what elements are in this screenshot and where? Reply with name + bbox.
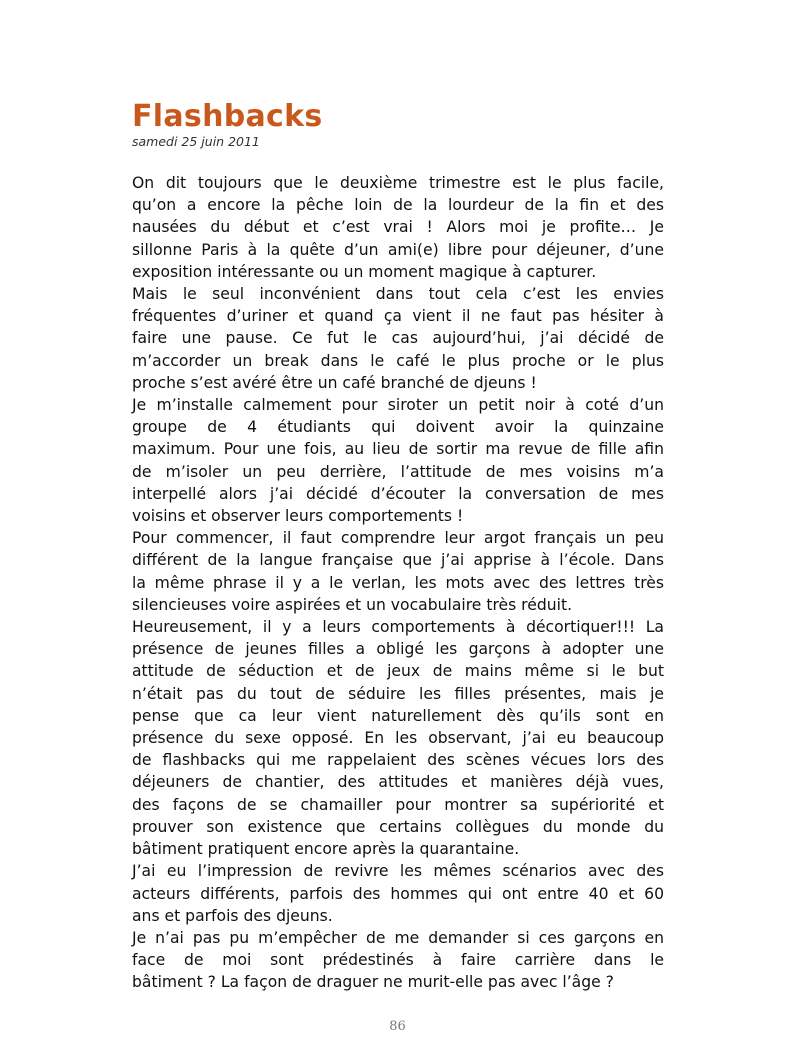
text-line: présence de jeunes filles a obligé les g…: [132, 638, 664, 660]
text-line: ans et parfois des djeuns.: [132, 905, 664, 927]
paragraph-5: Heureusement, il y a leurs comportements…: [132, 616, 664, 860]
text-line: faire une pause. Ce fut le cas aujourd’h…: [132, 327, 664, 349]
document-page: Flashbacks samedi 25 juin 2011 On dit to…: [0, 0, 795, 1063]
text-line: pense que ca leur vient naturellement dè…: [132, 705, 664, 727]
paragraph-2: Mais le seul inconvénient dans tout cela…: [132, 283, 664, 394]
text-line: la même phrase il y a le verlan, les mot…: [132, 572, 664, 594]
text-line: prouver son existence que certains collè…: [132, 816, 664, 838]
text-line: groupe de 4 étudiants qui doivent avoir …: [132, 416, 664, 438]
paragraph-7: Je n’ai pas pu m’empêcher de me demander…: [132, 927, 664, 994]
paragraph-6: J’ai eu l’impression de revivre les même…: [132, 860, 664, 927]
text-line: Je n’ai pas pu m’empêcher de me demander…: [132, 927, 664, 949]
text-line: des façons de se chamailler pour montrer…: [132, 794, 664, 816]
text-line: qu’on a encore la pêche loin de la lourd…: [132, 194, 664, 216]
article-body: On dit toujours que le deuxième trimestr…: [132, 172, 664, 994]
text-line: différent de la langue française que j’a…: [132, 549, 664, 571]
text-line: Mais le seul inconvénient dans tout cela…: [132, 283, 664, 305]
text-line: Heureusement, il y a leurs comportements…: [132, 616, 664, 638]
paragraph-1: On dit toujours que le deuxième trimestr…: [132, 172, 664, 283]
text-line: J’ai eu l’impression de revivre les même…: [132, 860, 664, 882]
text-line: On dit toujours que le deuxième trimestr…: [132, 172, 664, 194]
text-line: Pour commencer, il faut comprendre leur …: [132, 527, 664, 549]
text-line: de flashbacks qui me rappelaient des scè…: [132, 749, 664, 771]
text-line: nausées du début et c’est vrai ! Alors m…: [132, 216, 664, 238]
text-line: n’était pas du tout de séduire les fille…: [132, 683, 664, 705]
text-line: silencieuses voire aspirées et un vocabu…: [132, 594, 664, 616]
text-line: déjeuners de chantier, des attitudes et …: [132, 771, 664, 793]
article-date: samedi 25 juin 2011: [132, 134, 260, 150]
text-line: bâtiment ? La façon de draguer ne murit-…: [132, 971, 664, 993]
paragraph-4: Pour commencer, il faut comprendre leur …: [132, 527, 664, 616]
paragraph-3: Je m’installe calmement pour siroter un …: [132, 394, 664, 527]
text-line: face de moi sont prédestinés à faire car…: [132, 949, 664, 971]
page-number: 86: [0, 1019, 795, 1034]
text-line: de m’isoler un peu derrière, l’attitude …: [132, 461, 664, 483]
article-title: Flashbacks: [132, 97, 323, 137]
text-line: maximum. Pour une fois, au lieu de sorti…: [132, 438, 664, 460]
text-line: Je m’installe calmement pour siroter un …: [132, 394, 664, 416]
text-line: présence du sexe opposé. En les observan…: [132, 727, 664, 749]
text-line: interpellé alors j’ai décidé d’écouter l…: [132, 483, 664, 505]
text-line: bâtiment pratiquent encore après la quar…: [132, 838, 664, 860]
text-line: acteurs différents, parfois des hommes q…: [132, 883, 664, 905]
text-line: exposition intéressante ou un moment mag…: [132, 261, 664, 283]
text-line: attitude de séduction et de jeux de main…: [132, 660, 664, 682]
text-line: sillonne Paris à la quête d’un ami(e) li…: [132, 239, 664, 261]
text-line: m’accorder un break dans le café le plus…: [132, 350, 664, 372]
text-line: voisins et observer leurs comportements …: [132, 505, 664, 527]
text-line: fréquentes d’uriner et quand ça vient il…: [132, 305, 664, 327]
text-line: proche s’est avéré être un café branché …: [132, 372, 664, 394]
